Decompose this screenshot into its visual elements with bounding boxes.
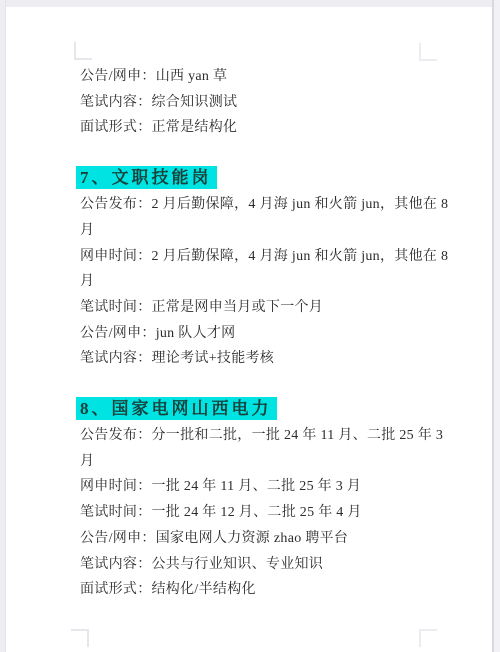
section-heading-row: 7、文职技能岗 — [76, 166, 475, 189]
section-heading: 7、文职技能岗 — [76, 166, 217, 189]
section-heading: 8、国家电网山西电力 — [76, 397, 277, 420]
crop-mark-bottom-left-icon — [71, 629, 89, 647]
field-line: 公告/网申：国家电网人力资源 zhao 聘平台 — [80, 526, 475, 552]
field-line: 网申时间：一批 24 年 11 月、二批 25 年 3 月 — [80, 474, 475, 500]
field-line: 笔试内容：理论考试+技能考核 — [80, 346, 475, 372]
section-intro: 公告/网申：山西 yan 草 笔试内容：综合知识测试 面试形式：正常是结构化 — [80, 64, 475, 141]
section-7: 7、文职技能岗 公告发布：2 月后勤保障，4 月海 jun 和火箭 jun，其他… — [80, 166, 475, 372]
field-line: 公告/网申：山西 yan 草 — [80, 64, 475, 90]
page-edge-right — [494, 0, 500, 652]
field-line: 公告发布：分一批和二批，一批 24 年 11 月、二批 25 年 3 月 — [80, 423, 475, 474]
page-edge-left-line — [5, 0, 6, 652]
field-line: 公告/网申：jun 队人才网 — [80, 321, 475, 347]
field-line: 面试形式：结构化/半结构化 — [80, 577, 475, 603]
crop-mark-top-left-icon — [74, 42, 92, 60]
field-line: 公告发布：2 月后勤保障，4 月海 jun 和火箭 jun，其他在 8 月 — [80, 192, 475, 243]
document-page: { "document": { "sections": [ { "items":… — [0, 0, 500, 652]
field-line: 网申时间：2 月后勤保障，4 月海 jun 和火箭 jun，其他在 8 月 — [80, 244, 475, 295]
field-line: 笔试内容：公共与行业知识、专业知识 — [80, 552, 475, 578]
section-heading-row: 8、国家电网山西电力 — [76, 397, 475, 420]
document-content: 公告/网申：山西 yan 草 笔试内容：综合知识测试 面试形式：正常是结构化 7… — [80, 64, 475, 603]
page-edge-top — [0, 0, 500, 7]
field-line: 笔试时间：正常是网申当月或下一个月 — [80, 295, 475, 321]
section-8: 8、国家电网山西电力 公告发布：分一批和二批，一批 24 年 11 月、二批 2… — [80, 397, 475, 603]
crop-mark-bottom-right-icon — [419, 629, 437, 647]
field-line: 面试形式：正常是结构化 — [80, 115, 475, 141]
field-line: 笔试内容：综合知识测试 — [80, 90, 475, 116]
field-line: 笔试时间：一批 24 年 12 月、二批 25 年 4 月 — [80, 500, 475, 526]
crop-mark-top-right-icon — [419, 43, 437, 61]
